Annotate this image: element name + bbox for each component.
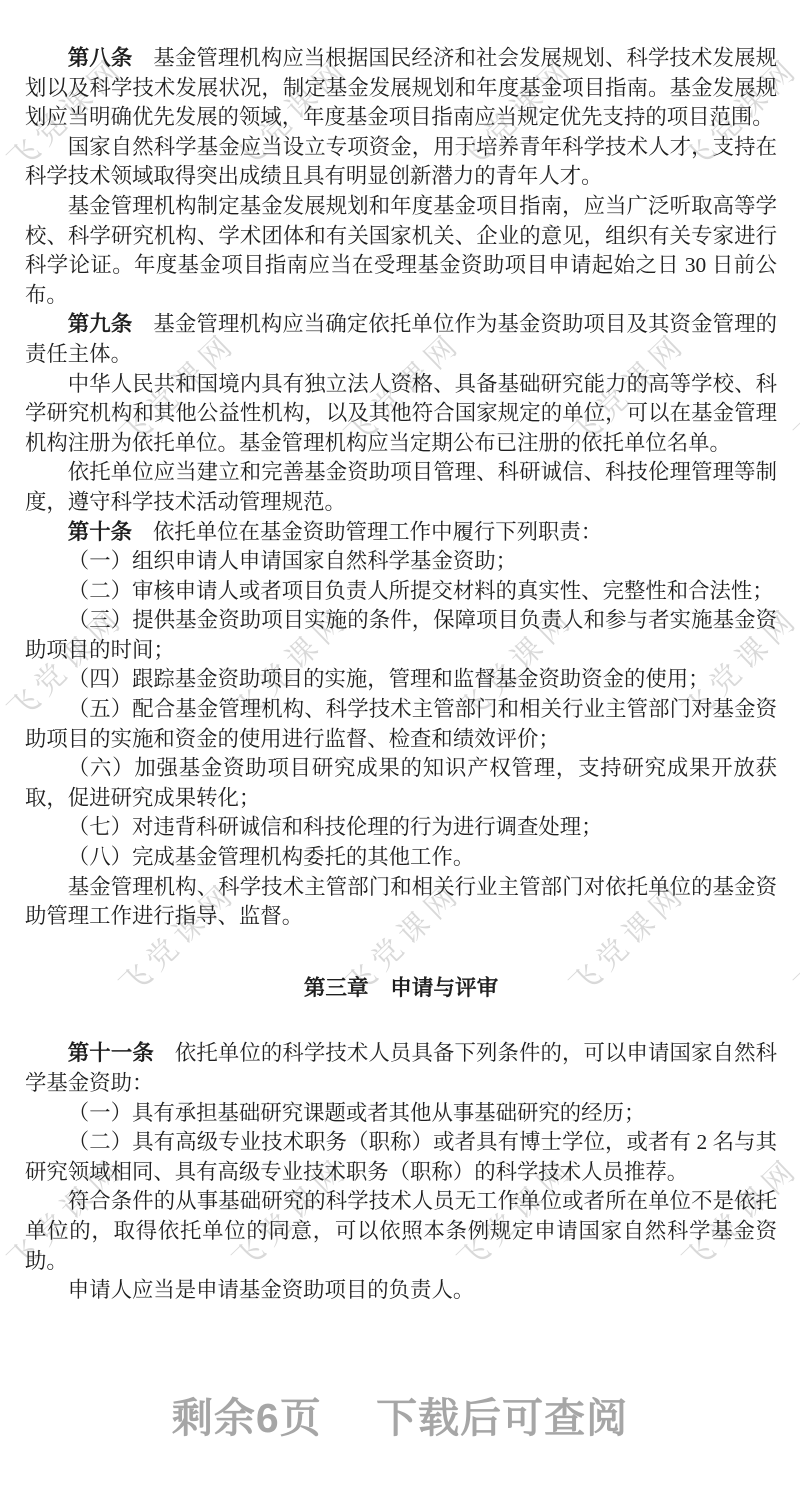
body-paragraph: 中华人民共和国境内具有独立法人资格、具备基础研究能力的高等学校、科学研究机构和其… [25,370,777,459]
paragraph-text: 中华人民共和国境内具有独立法人资格、具备基础研究能力的高等学校、科学研究机构和其… [25,372,777,455]
paragraph-text: 国家自然科学基金应当设立专项资金，用于培养青年科学技术人才，支持在科学技术领域取… [25,135,777,189]
article-paragraph: 第十条依托单位在基金资助管理工作中履行下列职责： [25,518,777,548]
list-item: （三）提供基金资助项目实施的条件，保障项目负责人和参与者实施基金资助项目的时间； [25,606,777,665]
paragraph-text: （一）具有承担基础研究课题或者其他从事基础研究的经历； [68,1101,646,1125]
chapter-heading: 第三章 申请与评审 [25,974,777,1004]
list-item: （一）组织申请人申请国家自然科学基金资助； [25,547,777,577]
paragraph-text: （八）完成基金管理机构委托的其他工作。 [68,845,474,869]
article-number: 第九条 [68,312,154,336]
list-item: （六）加强基金资助项目研究成果的知识产权管理，支持研究成果开放获取，促进研究成果… [25,754,777,813]
body-paragraph: 基金管理机构制定基金发展规划和年度基金项目指南，应当广泛听取高等学校、科学研究机… [25,192,777,310]
site-watermark: 飞党课网 [782,870,800,1004]
remaining-pages-notice: 剩余6页 下载后可查阅 [0,1394,800,1442]
paragraph-text: 符合条件的从事基础研究的科学技术人员无工作单位或者所在单位不是依托单位的，取得依… [25,1189,777,1272]
list-item: （二）审核申请人或者项目负责人所提交材料的真实性、完整性和合法性； [25,577,777,607]
paragraph-text: 第三章 申请与评审 [304,976,498,1000]
article-number: 第八条 [68,46,154,70]
paragraph-text: （四）跟踪基金资助项目的实施，管理和监督基金资助资金的使用； [68,667,710,691]
article-number: 第十条 [68,520,153,544]
body-paragraph: 符合条件的从事基础研究的科学技术人员无工作单位或者所在单位不是依托单位的，取得依… [25,1187,777,1276]
article-number: 第十一条 [68,1041,175,1065]
paragraph-text: （五）配合基金管理机构、科学技术主管部门和相关行业主管部门对基金资助项目的实施和… [25,697,777,751]
paragraph-text: （七）对违背科研诚信和科技伦理的行为进行调查处理； [68,815,603,839]
paragraph-text: 基金管理机构、科学技术主管部门和相关行业主管部门对依托单位的基金资助管理工作进行… [25,875,777,929]
list-item: （七）对违背科研诚信和科技伦理的行为进行调查处理； [25,813,777,843]
paragraph-text: （三）提供基金资助项目实施的条件，保障项目负责人和参与者实施基金资助项目的时间； [25,608,777,662]
body-paragraph: 国家自然科学基金应当设立专项资金，用于培养青年科学技术人才，支持在科学技术领域取… [25,133,777,192]
paragraph-text: 依托单位在基金资助管理工作中履行下列职责： [153,520,602,544]
paragraph-text: 申请人应当是申请基金资助项目的负责人。 [68,1278,474,1302]
article-paragraph: 第十一条依托单位的科学技术人员具备下列条件的，可以申请国家自然科学基金资助： [25,1039,777,1098]
list-item: （四）跟踪基金资助项目的实施，管理和监督基金资助资金的使用； [25,665,777,695]
body-paragraph: 申请人应当是申请基金资助项目的负责人。 [25,1276,777,1306]
body-paragraph: 依托单位应当建立和完善基金资助项目管理、科研诚信、科技伦理管理等制度，遵守科学技… [25,458,777,517]
paragraph-text: （二）具有高级专业技术职务（职称）或者具有博士学位，或者有 2 名与其研究领域相… [25,1130,777,1184]
body-paragraph: 基金管理机构、科学技术主管部门和相关行业主管部门对依托单位的基金资助管理工作进行… [25,873,777,932]
list-item: （一）具有承担基础研究课题或者其他从事基础研究的经历； [25,1099,777,1129]
paragraph-text: （二）审核申请人或者项目负责人所提交材料的真实性、完整性和合法性； [68,579,774,603]
list-item: （二）具有高级专业技术职务（职称）或者具有博士学位，或者有 2 名与其研究领域相… [25,1128,777,1187]
list-item: （五）配合基金管理机构、科学技术主管部门和相关行业主管部门对基金资助项目的实施和… [25,695,777,754]
article-paragraph: 第九条基金管理机构应当确定依托单位作为基金资助项目及其资金管理的责任主体。 [25,310,777,369]
paragraph-text: （一）组织申请人申请国家自然科学基金资助； [68,549,517,573]
paragraph-text: 基金管理机构制定基金发展规划和年度基金项目指南，应当广泛听取高等学校、科学研究机… [25,194,777,307]
paragraph-text: 依托单位应当建立和完善基金资助项目管理、科研诚信、科技伦理管理等制度，遵守科学技… [25,460,777,514]
list-item: （八）完成基金管理机构委托的其他工作。 [25,843,777,873]
site-watermark: 飞党课网 [782,320,800,454]
article-paragraph: 第八条基金管理机构应当根据国民经济和社会发展规划、科学技术发展规划以及科学技术发… [25,44,777,133]
document-body: 第八条基金管理机构应当根据国民经济和社会发展规划、科学技术发展规划以及科学技术发… [25,44,777,1306]
paragraph-text: （六）加强基金资助项目研究成果的知识产权管理，支持研究成果开放获取，促进研究成果… [25,756,777,810]
